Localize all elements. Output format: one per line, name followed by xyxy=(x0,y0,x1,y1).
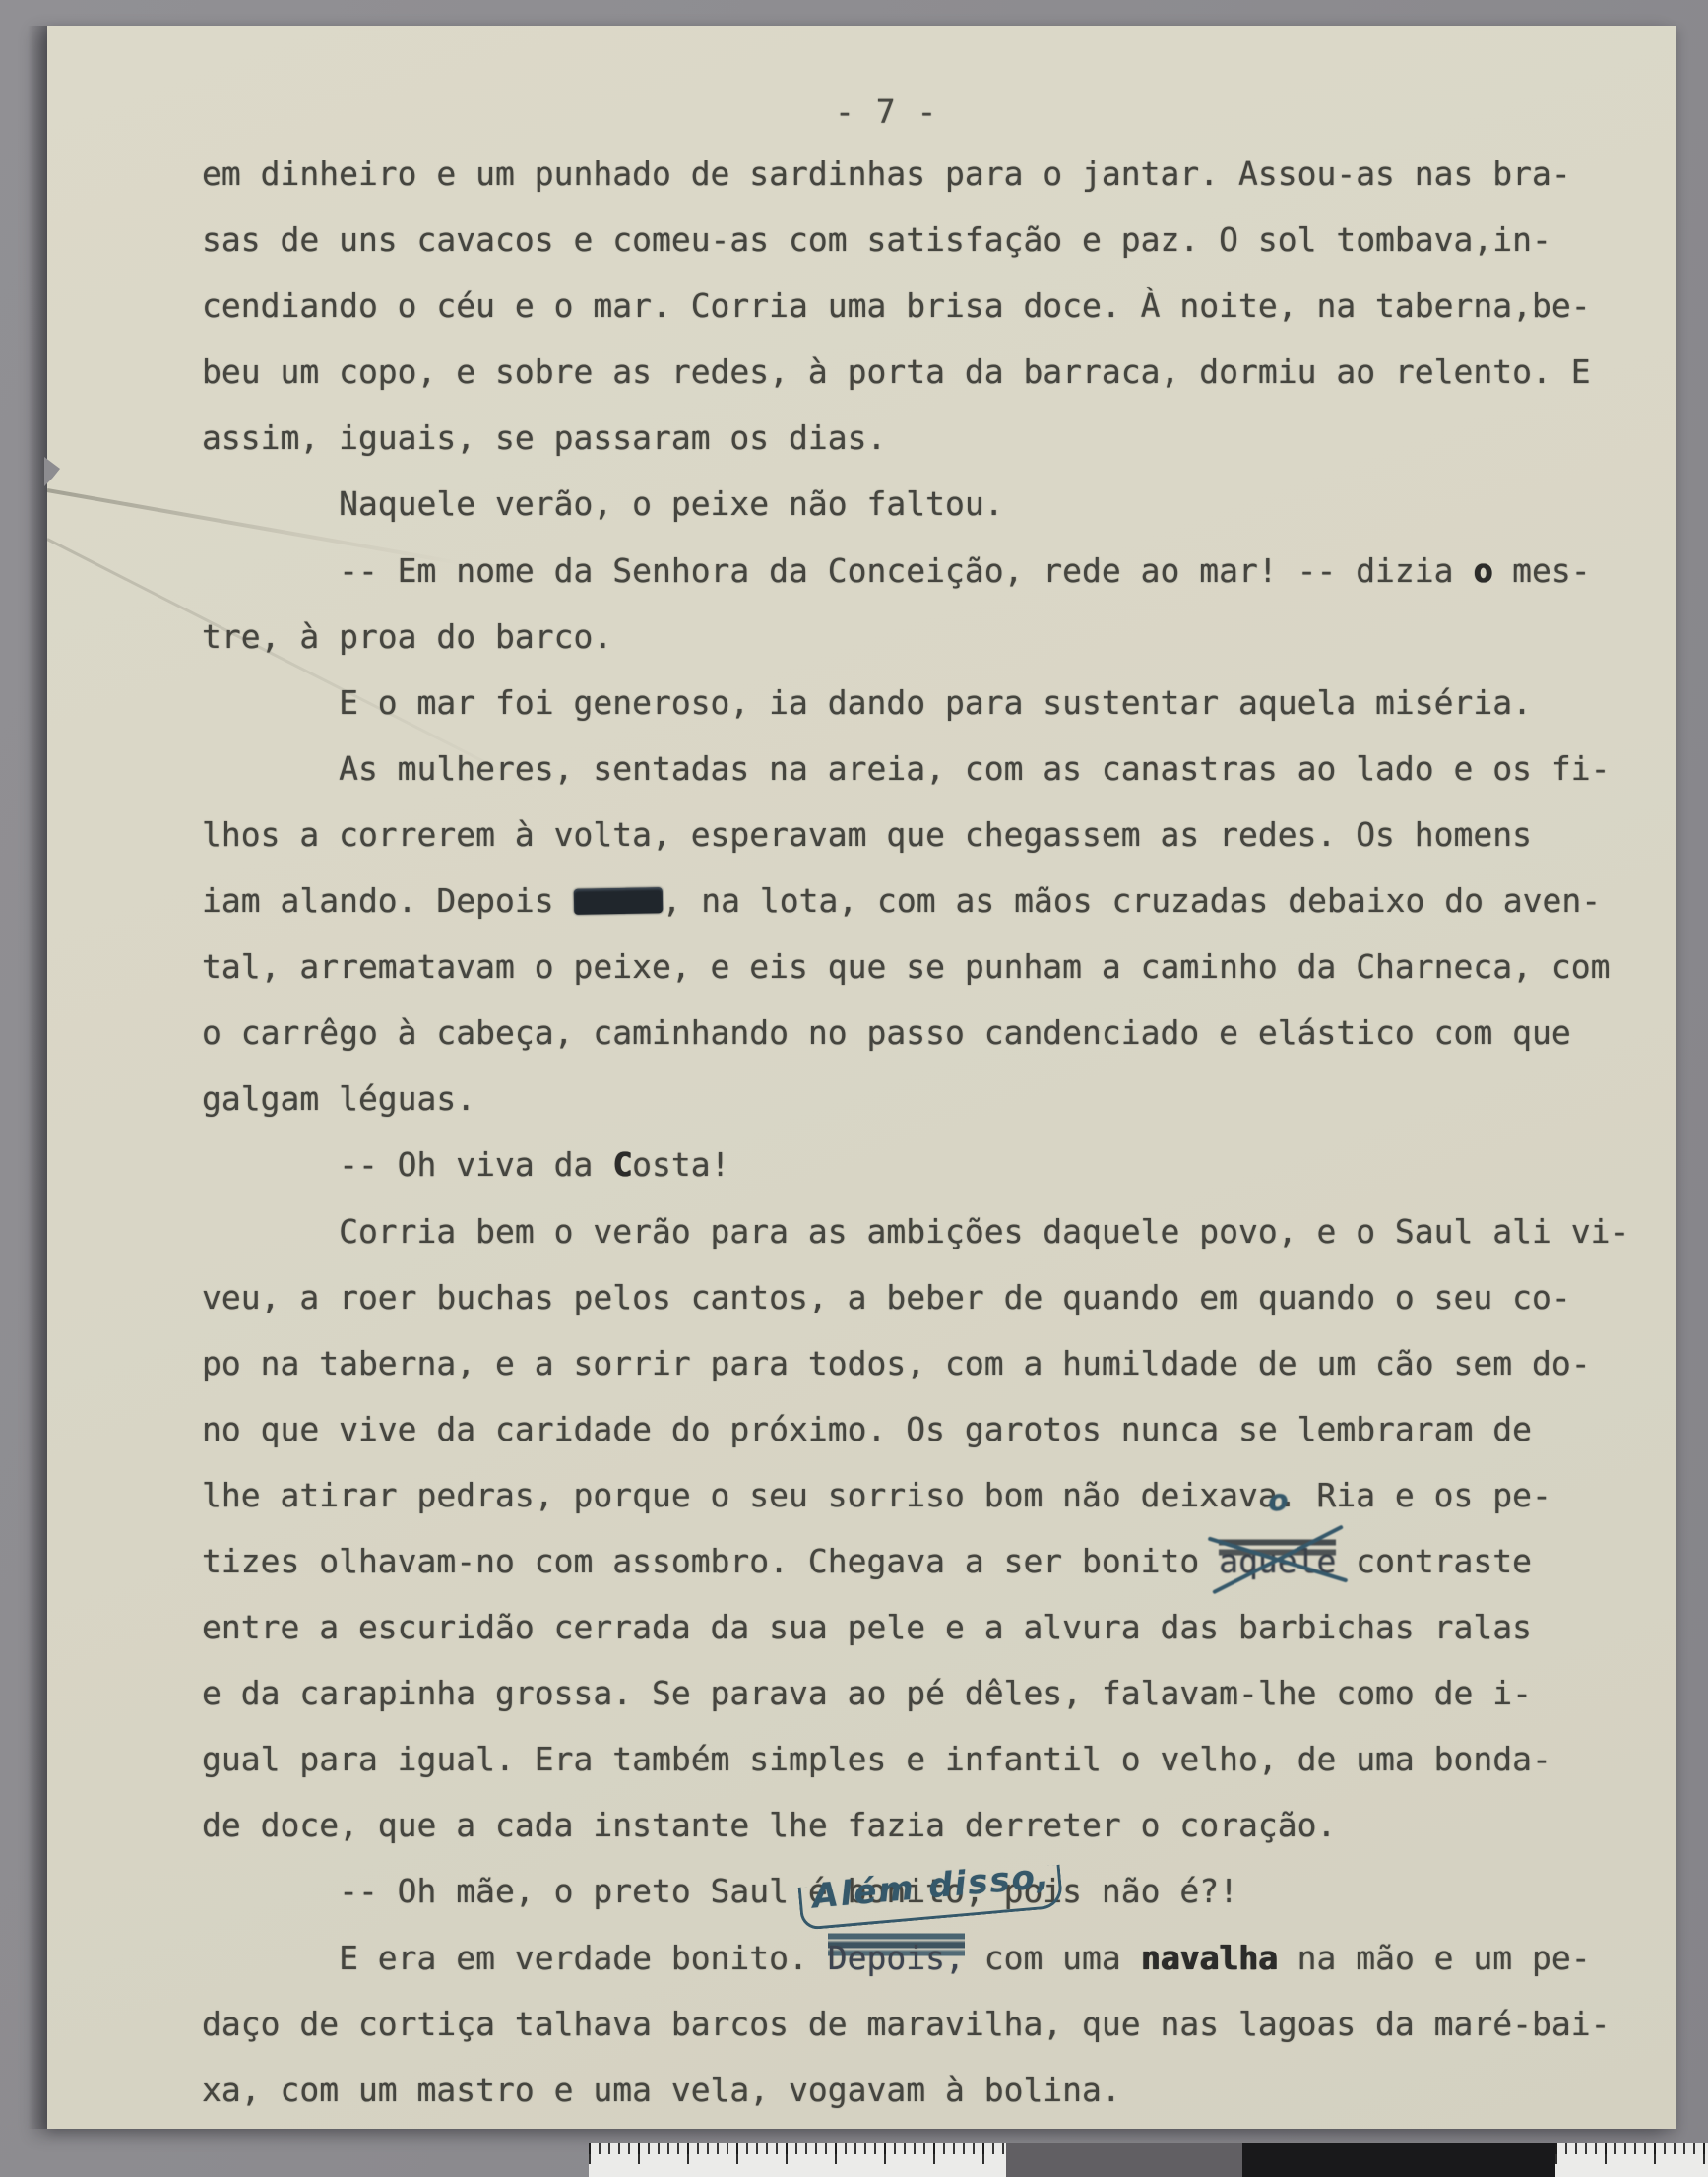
typewritten-text: o carrêgo à cabeça, caminhando no passo … xyxy=(202,1013,1571,1052)
text-line: Corria bem o verão para as ambições daqu… xyxy=(202,1198,1639,1264)
text-line: tal, arrematavam o peixe, e eis que se p… xyxy=(202,933,1639,999)
calibration-ruler-icon xyxy=(1555,2143,1708,2177)
paper-tear xyxy=(44,457,60,486)
typewritten-text: osta! xyxy=(632,1145,729,1184)
typewritten-text: de doce, que a cada instante lhe fazia d… xyxy=(202,1806,1336,1844)
text-line: po na taberna, e a sorrir para todos, co… xyxy=(202,1330,1639,1396)
text-line: veu, a roer buchas pelos cantos, a beber… xyxy=(202,1264,1639,1330)
overtyped-word: navalha xyxy=(1141,1939,1278,1977)
text-line: tre, à proa do barco. xyxy=(202,604,1639,670)
text-line: galgam léguas. xyxy=(202,1065,1639,1131)
typewritten-text: Depois, xyxy=(828,1939,965,1977)
typewritten-text: com uma xyxy=(965,1939,1141,1977)
typewritten-text: veu, a roer buchas pelos cantos, a beber… xyxy=(202,1278,1571,1316)
typewritten-text: E era em verdade bonito. xyxy=(202,1939,828,1977)
text-line: xa, com um mastro e uma vela, vogavam à … xyxy=(202,2057,1639,2123)
typewritten-text: entre a escuridão cerrada da sua pele e … xyxy=(202,1608,1532,1646)
text-line: gual para igual. Era também simples e in… xyxy=(202,1726,1639,1792)
typewritten-text: assim, iguais, se passaram os dias. xyxy=(202,418,886,457)
typewritten-text: em dinheiro e um punhado de sardinhas pa… xyxy=(202,155,1571,193)
text-line: As mulheres, sentadas na areia, com as c… xyxy=(202,736,1639,801)
calibration-ruler-icon xyxy=(589,2143,1006,2177)
typewritten-text: na mão e um pe- xyxy=(1278,1939,1591,1977)
paper-edge-shadow xyxy=(28,26,47,2129)
typewritten-text: galgam léguas. xyxy=(202,1079,475,1118)
redacted-word xyxy=(573,887,662,915)
text-line: no que vive da caridade do próximo. Os g… xyxy=(202,1396,1639,1462)
text-line: de doce, que a cada instante lhe fazia d… xyxy=(202,1792,1639,1858)
text-line: E era em verdade bonito. Depois,Além dis… xyxy=(202,1925,1639,1991)
typewritten-text: As mulheres, sentadas na areia, com as c… xyxy=(202,749,1610,788)
typewritten-text: mes- xyxy=(1492,551,1590,590)
scanned-photo: - 7 - em dinheiro e um punhado de sardin… xyxy=(0,0,1708,2177)
typewritten-text: C xyxy=(612,1145,632,1184)
typewritten-text: o xyxy=(1473,551,1492,590)
text-line: cendiando o céu e o mar. Corria uma bris… xyxy=(202,273,1639,339)
typewritten-text: -- Oh mãe, o preto Saul é bonito, pois n… xyxy=(202,1872,1238,1910)
typewritten-text: E o mar foi generoso, ia dando para sust… xyxy=(202,683,1532,722)
typewritten-text: -- Oh viva da xyxy=(202,1145,612,1184)
text-line: iam alando. Depois , na lota, com as mão… xyxy=(202,867,1639,933)
page-number: - 7 - xyxy=(835,93,937,131)
typewritten-text: beu um copo, e sobre as redes, à porta d… xyxy=(202,352,1591,391)
overtyped-word: C xyxy=(612,1145,632,1184)
typewritten-text: cendiando o céu e o mar. Corria uma bris… xyxy=(202,287,1591,325)
text-line: assim, iguais, se passaram os dias. xyxy=(202,405,1639,471)
typewritten-text: Naquele verão, o peixe não faltou. xyxy=(202,484,1004,523)
text-line: entre a escuridão cerrada da sua pele e … xyxy=(202,1594,1639,1660)
typewritten-text: aquele xyxy=(1219,1542,1336,1580)
text-line: -- Em nome da Senhora da Conceição, rede… xyxy=(202,538,1639,604)
typewritten-text: tal, arrematavam o peixe, e eis que se p… xyxy=(202,947,1610,986)
text-line: em dinheiro e um punhado de sardinhas pa… xyxy=(202,141,1639,207)
typewritten-text: navalha xyxy=(1141,1939,1278,1977)
text-line: lhos a correrem à volta, esperavam que c… xyxy=(202,801,1639,867)
gray-patch-icon xyxy=(1006,2143,1242,2177)
text-line: beu um copo, e sobre as redes, à porta d… xyxy=(202,339,1639,405)
overtyped-word: o xyxy=(1473,551,1492,590)
typewritten-text: iam alando. Depois xyxy=(202,881,574,920)
typewritten-text: daço de cortiça talhava barcos de maravi… xyxy=(202,2005,1610,2043)
text-line: daço de cortiça talhava barcos de maravi… xyxy=(202,1991,1639,2057)
text-line: sas de uns cavacos e comeu-as com satisf… xyxy=(202,207,1639,273)
typewritten-text: , na lota, com as mãos cruzadas debaixo … xyxy=(663,881,1602,920)
text-line: o carrêgo à cabeça, caminhando no passo … xyxy=(202,999,1639,1065)
text-line: Naquele verão, o peixe não faltou. xyxy=(202,471,1639,537)
struck-out-word: Depois,Além disso, xyxy=(828,1925,965,1991)
text-body: em dinheiro e um punhado de sardinhas pa… xyxy=(202,141,1639,2123)
typewritten-text: gual para igual. Era também simples e in… xyxy=(202,1740,1551,1778)
black-patch-icon xyxy=(1242,2143,1555,2177)
typewritten-text: contraste xyxy=(1336,1542,1532,1580)
typewritten-text: po na taberna, e a sorrir para todos, co… xyxy=(202,1344,1591,1382)
struck-out-word: aqueleo xyxy=(1219,1528,1336,1594)
typewritten-text: Corria bem o verão para as ambições daqu… xyxy=(202,1212,1629,1250)
typewritten-text: -- Em nome da Senhora da Conceição, rede… xyxy=(202,551,1473,590)
text-line: -- Oh viva da Costa! xyxy=(202,1131,1639,1197)
manuscript-page: - 7 - em dinheiro e um punhado de sardin… xyxy=(47,26,1676,2129)
typewritten-text: lhos a correrem à volta, esperavam que c… xyxy=(202,815,1532,854)
typewritten-text: tizes olhavam-no com assombro. Chegava a… xyxy=(202,1542,1219,1580)
typewritten-text: lhe atirar pedras, porque o seu sorriso … xyxy=(202,1476,1551,1514)
pen-annotation: o xyxy=(1267,1486,1290,1517)
typewritten-text: no que vive da caridade do próximo. Os g… xyxy=(202,1410,1532,1448)
typewritten-text: xa, com um mastro e uma vela, vogavam à … xyxy=(202,2071,1121,2109)
text-line: E o mar foi generoso, ia dando para sust… xyxy=(202,670,1639,736)
typewritten-text: sas de uns cavacos e comeu-as com satisf… xyxy=(202,221,1551,259)
typewritten-text: tre, à proa do barco. xyxy=(202,617,612,656)
text-line: lhe atirar pedras, porque o seu sorriso … xyxy=(202,1462,1639,1528)
text-line: tizes olhavam-no com assombro. Chegava a… xyxy=(202,1528,1639,1594)
text-line: e da carapinha grossa. Se parava ao pé d… xyxy=(202,1660,1639,1726)
typewritten-text: e da carapinha grossa. Se parava ao pé d… xyxy=(202,1674,1532,1712)
